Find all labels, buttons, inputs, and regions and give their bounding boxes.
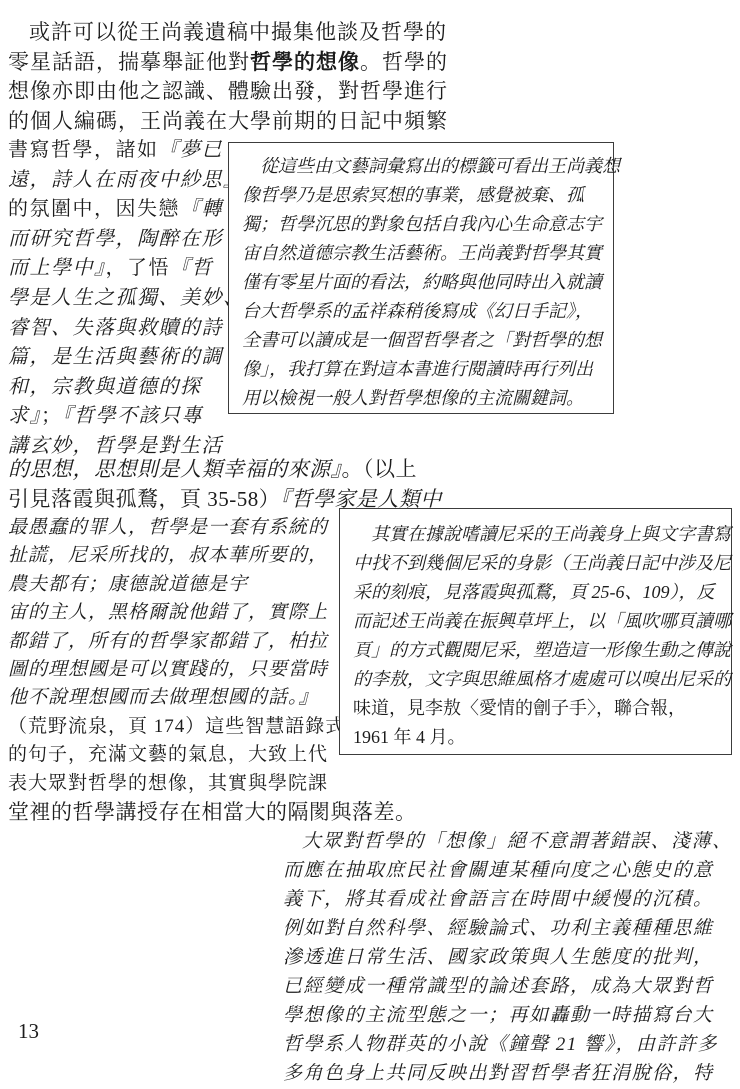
text-line: 農夫都有；康德說道德是宇 bbox=[8, 571, 342, 599]
paragraph-opening: 或許可以從王尚義遺稿中撮集他談及哲學的零星話語，揣摹舉証他對哲學的想像。哲學的想… bbox=[8, 18, 474, 136]
text-line: 堂裡的哲學講授存在相當大的隔閡與落差。 bbox=[8, 798, 486, 827]
text-line: 僅有零星片面的看法，約略與他同時出入就讀 bbox=[242, 268, 601, 297]
text-line: 像哲學乃是思索冥想的事業，感覺被棄、孤 bbox=[242, 181, 601, 210]
text-line: 用以檢視一般人對哲學想像的主流關鍵詞。 bbox=[242, 384, 601, 413]
text-line: 宙的主人，黑格爾說他錯了，實際上 bbox=[8, 599, 342, 627]
text-line: 全書可以讀成是一個習哲學者之「對哲學的想 bbox=[242, 326, 601, 355]
text-line: 想像亦即由他之認識、體驗出發，對哲學進行 bbox=[8, 77, 474, 107]
text-line: 學想像的主流型態之一；再如轟動一時描寫台大 bbox=[283, 1001, 735, 1030]
text-line: 義下，將其看成社會語言在時間中緩慢的沉積。 bbox=[283, 885, 735, 914]
text-line: 零星話語，揣摹舉証他對哲學的想像。哲學的 bbox=[8, 48, 474, 78]
text-line: 或許可以從王尚義遺稿中撮集他談及哲學的 bbox=[8, 18, 474, 48]
text-line: 學是人生之孤獨、美妙、 bbox=[8, 284, 240, 314]
text-line: 像」，我打算在對這本書進行閱讀時再行列出 bbox=[242, 355, 601, 384]
text-line: （荒野流泉，頁 174）這些智慧語錄式 bbox=[8, 713, 342, 741]
text-line: 味道，見李敖〈愛情的劊子手〉，聯合報， bbox=[353, 694, 719, 723]
text-line: 中找不到幾個尼采的身影（王尚義日記中涉及尼 bbox=[353, 549, 719, 578]
text-line: 頁」的方式觀閱尼采，塑造這一形像生動之傳說 bbox=[353, 636, 719, 665]
text-line: 已經變成一種常識型的論述套路，成為大眾對哲 bbox=[283, 972, 735, 1001]
document-page: 或許可以從王尚義遺稿中撮集他談及哲學的零星話語，揣摹舉証他對哲學的想像。哲學的想… bbox=[0, 0, 740, 1089]
text-line: 都錯了，所有的哲學家都錯了，柏拉 bbox=[8, 628, 342, 656]
paragraph-bottom-right: 大眾對哲學的「想像」絕不意謂著錯誤、淺薄、而應在抽取庶民社會關連某種向度之心態史… bbox=[283, 827, 735, 1088]
text-line: 宙自然道德宗教生活藝術。王尚義對哲學其實 bbox=[242, 239, 601, 268]
paragraph-left-column-quotes: 書寫哲學，諸如『夢已遠，詩人在雨夜中紗思』的氛圍中，因失戀『轉而研究哲學，陶醉在… bbox=[8, 136, 240, 462]
text-line: 1961 年 4 月。 bbox=[353, 723, 719, 752]
text-line: 的句子，充滿文藝的氣息，大致上代 bbox=[8, 741, 342, 769]
page-number: 13 bbox=[18, 1019, 39, 1044]
text-line: 他不說理想國而去做理想國的話。』 bbox=[8, 684, 342, 712]
text-line: 書寫哲學，諸如『夢已 bbox=[8, 136, 240, 166]
text-line: 圖的理想國是可以實踐的，只要當時 bbox=[8, 656, 342, 684]
text-line: 哲學系人物群英的小說《鐘聲 21 響》，由許許多 bbox=[283, 1030, 735, 1059]
text-line: 而上學中』，了悟『哲 bbox=[8, 254, 240, 284]
text-line: 大眾對哲學的「想像」絕不意謂著錯誤、淺薄、 bbox=[283, 827, 735, 856]
inset-annotation-box-nietzsche: 其實在據說嗜讀尼采的王尚義身上與文字書寫中找不到幾個尼采的身影（王尚義日記中涉及… bbox=[339, 508, 732, 755]
inset-annotation-box-top: 從這些由文藝詞彙寫出的標籤可看出王尚義想像哲學乃是思索冥想的事業，感覺被棄、孤獨… bbox=[228, 142, 614, 414]
paragraph-closing-line: 堂裡的哲學講授存在相當大的隔閡與落差。 bbox=[8, 798, 486, 827]
paragraph-left-column-philosophers: 最愚蠢的罪人，哲學是一套有系統的扯謊，尼采所找的，叔本華所要的，農夫都有；康德說… bbox=[8, 514, 342, 798]
text-line: 扯謊，尼采所找的，叔本華所要的， bbox=[8, 542, 342, 570]
text-line: 獨；哲學沉思的對象包括自我內心生命意志宇 bbox=[242, 210, 601, 239]
text-line: 而研究哲學，陶醉在形 bbox=[8, 225, 240, 255]
text-line: 滲透進日常生活、國家政策與人生態度的批判， bbox=[283, 943, 735, 972]
text-line: 遠，詩人在雨夜中紗思』 bbox=[8, 166, 240, 196]
text-line: 的李敖，文字與思維風格才處處可以嗅出尼采的 bbox=[353, 665, 719, 694]
text-line: 台大哲學系的孟祥森稍後寫成《幻日手記》， bbox=[242, 297, 601, 326]
text-line: 從這些由文藝詞彙寫出的標籤可看出王尚義想 bbox=[242, 152, 601, 181]
text-line: 表大眾對哲學的想像，其實與學院課 bbox=[8, 770, 342, 798]
text-line: 篇，是生活與藝術的調 bbox=[8, 343, 240, 373]
text-line: 睿智、失落與救贖的詩 bbox=[8, 314, 240, 344]
text-line: 例如對自然科學、經驗論式、功利主義種種思維 bbox=[283, 914, 735, 943]
text-line: 最愚蠢的罪人，哲學是一套有系統的 bbox=[8, 514, 342, 542]
text-line: 的氛圍中，因失戀『轉 bbox=[8, 195, 240, 225]
text-line: 其實在據說嗜讀尼采的王尚義身上與文字書寫 bbox=[353, 520, 719, 549]
text-line: 多角色身上共同反映出對習哲學者狂涓脫俗，特 bbox=[283, 1059, 735, 1088]
text-line: 求』；『哲學不該只專 bbox=[8, 402, 240, 432]
paragraph-full-width-citation: 的思想，思想則是人類幸福的來源』。（以上引見落霞與孤鶩，頁 35-58）『哲學家… bbox=[8, 455, 486, 514]
text-line: 和，宗教與道德的探 bbox=[8, 373, 240, 403]
text-line: 的個人編碼，王尚義在大學前期的日記中頻繁 bbox=[8, 107, 474, 137]
text-line: 而應在抽取庶民社會關連某種向度之心態史的意 bbox=[283, 856, 735, 885]
text-line: 采的刻痕，見落霞與孤鶩，頁 25-6、109），反 bbox=[353, 578, 719, 607]
text-line: 而記述王尚義在振興草坪上，以「風吹哪頁讀哪 bbox=[353, 607, 719, 636]
text-line: 的思想，思想則是人類幸福的來源』。（以上 bbox=[8, 455, 486, 485]
